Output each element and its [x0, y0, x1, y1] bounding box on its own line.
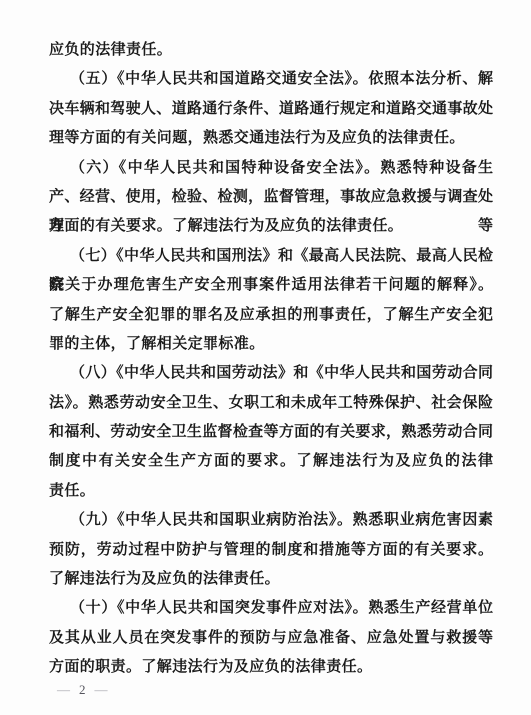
text-line: 及其从业人员在突发事件的预防与应急准备、应急处置与救援等 — [49, 624, 493, 653]
text-line: 责任。 — [49, 477, 493, 506]
text-line: 预防，劳动过程中防护与管理的制度和措施等方面的有关要求。 — [49, 536, 493, 565]
text-line: 罪的主体，了解相关定罪标准。 — [49, 330, 493, 359]
text-line: 制度中有关安全生产方面的要求。了解违法行为及应负的法律 — [49, 447, 493, 476]
text-line: （七）《中华人民共和国刑法》和《最高人民法院、最高人民检察 — [49, 242, 493, 271]
text-line: 产、经营、使用，检验、检测，监督管理，事故应急救援与调查处理等 — [49, 183, 493, 212]
page-number: 2 — [79, 683, 86, 697]
text-line: （九）《中华人民共和国职业病防治法》。熟悉职业病危害因素 — [49, 506, 493, 535]
text-line: （六）《中华人民共和国特种设备安全法》。熟悉特种设备生 — [49, 154, 493, 183]
page-footer: — 2 — — [57, 683, 108, 697]
text-line: （五）《中华人民共和国道路交通安全法》。依照本法分析、解 — [49, 65, 493, 94]
text-line: 法》。熟悉劳动安全卫生、女职工和未成年工特殊保护、社会保险 — [49, 389, 493, 418]
footer-dash-right: — — [95, 683, 108, 697]
document-body: 应负的法律责任。 （五）《中华人民共和国道路交通安全法》。依照本法分析、解 决车… — [49, 36, 493, 683]
text-line: 和福利、劳动安全卫生监督检查等方面的有关要求，熟悉劳动合同 — [49, 418, 493, 447]
text-line: 应负的法律责任。 — [49, 36, 493, 65]
text-line: 院关于办理危害生产安全刑事案件适用法律若干问题的解释》。 — [49, 271, 493, 300]
text-line: 理等方面的有关问题，熟悉交通违法行为及应负的法律责任。 — [49, 124, 493, 153]
text-line: 决车辆和驾驶人、道路通行条件、道路通行规定和道路交通事故处 — [49, 95, 493, 124]
document-page: 应负的法律责任。 （五）《中华人民共和国道路交通安全法》。依照本法分析、解 决车… — [0, 0, 531, 715]
text-line: 方面的职责。了解违法行为及应负的法律责任。 — [49, 653, 493, 682]
text-line: 了解生产安全犯罪的罪名及应承担的刑事责任，了解生产安全犯 — [49, 301, 493, 330]
text-line: 了解违法行为及应负的法律责任。 — [49, 565, 493, 594]
text-line: （十）《中华人民共和国突发事件应对法》。熟悉生产经营单位 — [49, 594, 493, 623]
text-line: （八）《中华人民共和国劳动法》和《中华人民共和国劳动合同 — [49, 359, 493, 388]
footer-dash-left: — — [57, 683, 70, 697]
